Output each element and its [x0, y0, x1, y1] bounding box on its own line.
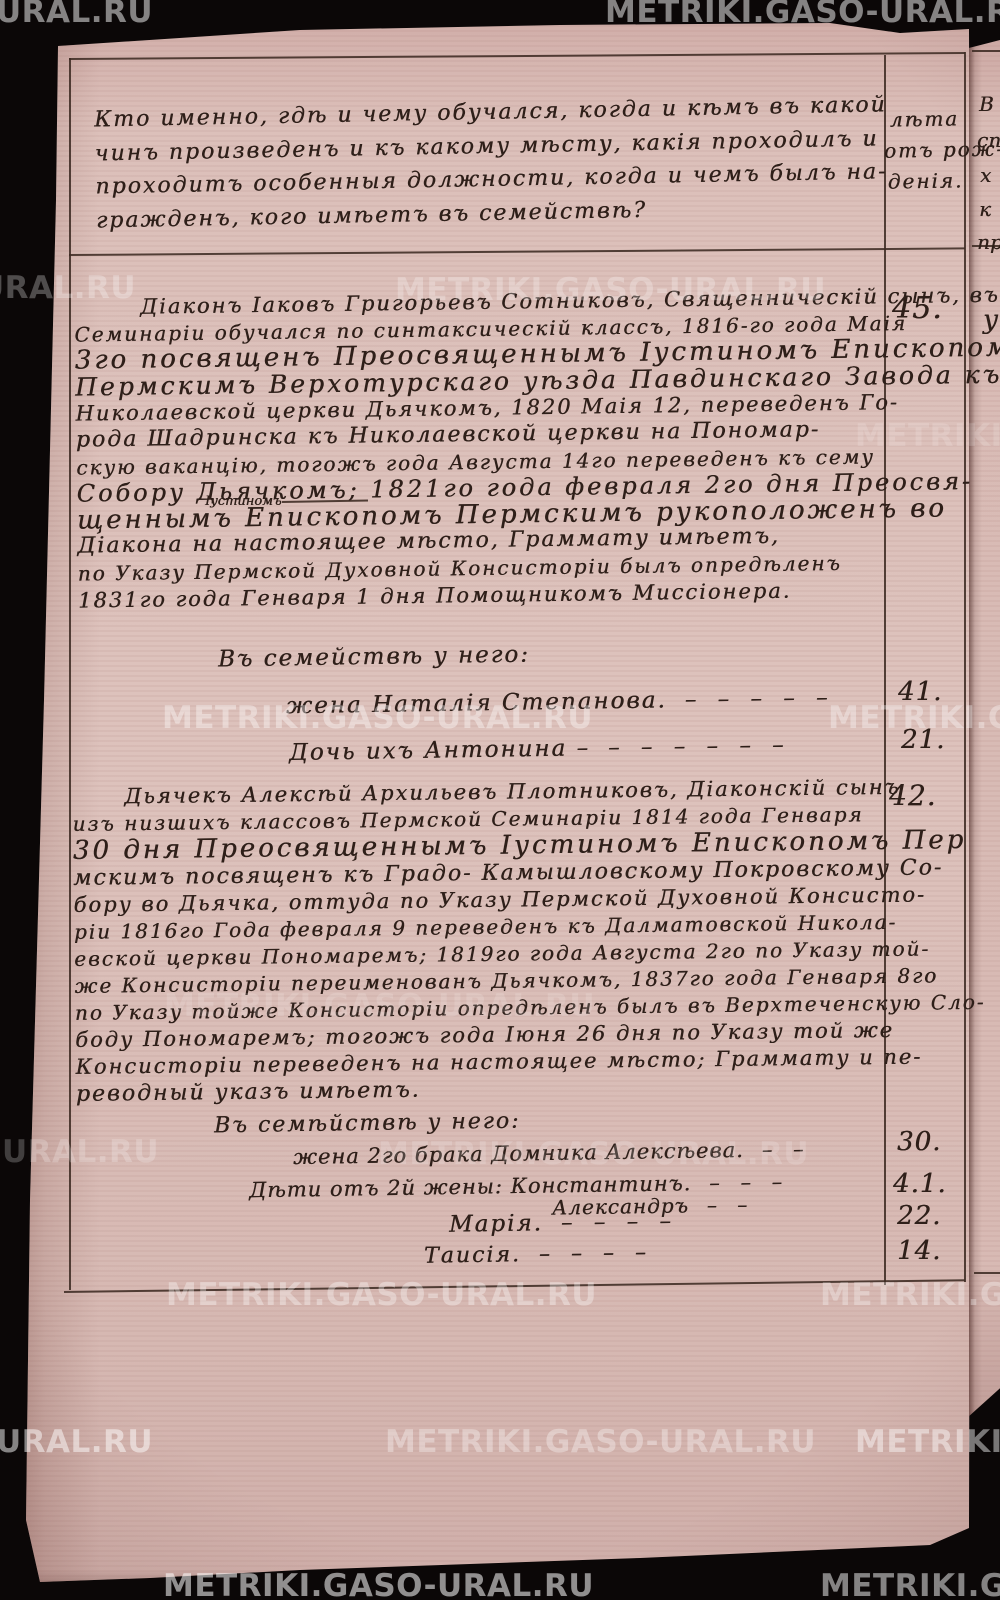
next-page-text-fragment: пр	[977, 230, 1000, 254]
handwritten-line: лѣта	[883, 103, 966, 135]
family-row: Таисія.– – – –	[424, 1240, 653, 1269]
next-page-line-top	[972, 50, 1000, 52]
next-page-text-fragment: к	[979, 197, 991, 221]
dash-leader: – – – – – –	[608, 732, 791, 761]
table-header-description: Кто именно, гдѣ и чему обучался, когда и…	[94, 89, 876, 238]
family-section-heading: Въ семействѣ у него:	[218, 642, 530, 673]
age-value: 14.	[897, 1236, 941, 1266]
watermark-text: METRIKI.GASO-URAL.RU	[0, 0, 153, 30]
dash-leader: – – – – –	[684, 685, 834, 713]
age-value: 4.1.	[893, 1169, 947, 1199]
family-member-name: Таисія.	[424, 1242, 521, 1269]
age-value: 21.	[901, 725, 945, 755]
record-entry-deacon: Діаконъ Іаковъ Григорьевъ Сотниковъ, Свя…	[74, 283, 882, 613]
next-page-text-fragment: у	[983, 305, 998, 335]
handwritten-line: отъ рож-	[884, 134, 967, 166]
age-value: 45.	[892, 291, 943, 326]
document-scan: Кто именно, гдѣ и чему обучался, когда и…	[0, 0, 1000, 1600]
age-value: 41.	[898, 677, 942, 707]
dash-leader: – – –	[709, 1170, 789, 1195]
age-value: 30.	[897, 1127, 941, 1157]
interline-insertion: Іустиномъ	[205, 494, 282, 509]
table-border-left	[69, 58, 71, 1290]
table-border-right	[964, 52, 966, 1282]
dash-leader: – – – –	[539, 1240, 653, 1267]
next-page-text-fragment: сп	[977, 128, 1000, 152]
next-page-text-fragment: В	[979, 92, 994, 116]
table-header-age-column: лѣта отъ рож- денія.	[883, 103, 967, 197]
dash-leader: – –	[707, 1192, 755, 1217]
age-value: 42.	[889, 779, 937, 812]
age-value: 22.	[897, 1201, 941, 1231]
age-column-border-left	[884, 55, 886, 1285]
next-page-text-fragment: х	[980, 163, 991, 187]
record-entry-sexton: Дьячекъ Алексѣй Архильевъ Плотниковъ, Ді…	[72, 774, 882, 1108]
family-member-name: Дочь ихъ Антонина –	[289, 735, 590, 766]
family-section-heading: Въ семѣйствѣ у него:	[214, 1109, 521, 1139]
next-page-line-low	[974, 1272, 1000, 1274]
dash-leader: – –	[762, 1137, 811, 1162]
watermark-text: METRIKI.GASO-URAL.RU	[820, 1568, 1000, 1600]
family-row: Марія.– – – –	[449, 1208, 678, 1238]
family-member-name: Марія.	[449, 1210, 543, 1237]
handwritten-line: денія.	[884, 165, 967, 197]
dash-leader: – – – –	[561, 1208, 678, 1236]
